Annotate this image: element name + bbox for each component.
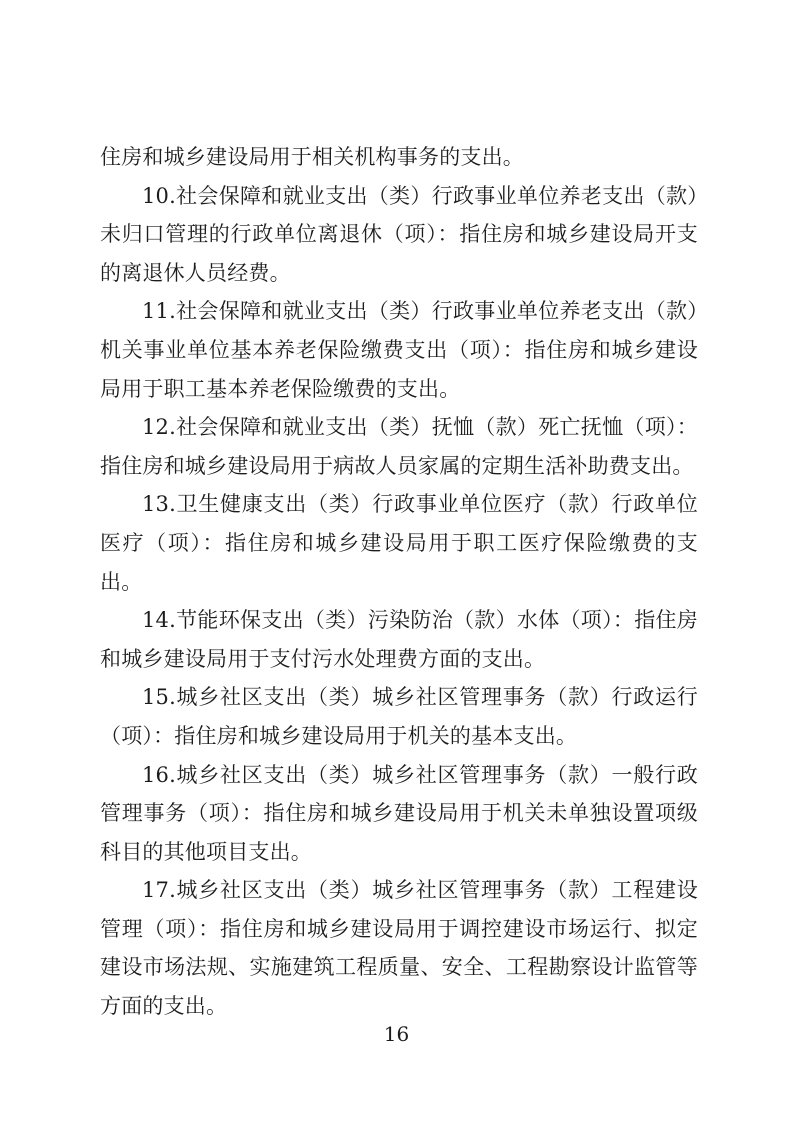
paragraph: 15.城乡社区支出（类）城乡社区管理事务（款）行政运行（项）：指住房和城乡建设局… <box>100 678 698 755</box>
paragraph: 12.社会保障和就业支出（类）抚恤（款）死亡抚恤（项）：指住房和城乡建设局用于病… <box>100 408 698 485</box>
page-number: 16 <box>384 1022 409 1046</box>
page-footer: 16 <box>0 1022 793 1046</box>
paragraph: 16.城乡社区支出（类）城乡社区管理事务（款）一般行政管理事务（项）：指住房和城… <box>100 756 698 872</box>
document-body: 住房和城乡建设局用于相关机构事务的支出。10.社会保障和就业支出（类）行政事业单… <box>100 138 698 1026</box>
paragraph: 住房和城乡建设局用于相关机构事务的支出。 <box>100 138 698 177</box>
paragraph: 10.社会保障和就业支出（类）行政事业单位养老支出（款）未归口管理的行政单位离退… <box>100 177 698 293</box>
paragraph: 17.城乡社区支出（类）城乡社区管理事务（款）工程建设管理（项）：指住房和城乡建… <box>100 871 698 1025</box>
paragraph: 13.卫生健康支出（类）行政事业单位医疗（款）行政单位医疗（项）：指住房和城乡建… <box>100 485 698 601</box>
paragraph: 14.节能环保支出（类）污染防治（款）水体（项）：指住房和城乡建设局用于支付污水… <box>100 601 698 678</box>
paragraph: 11.社会保障和就业支出（类）行政事业单位养老支出（款）机关事业单位基本养老保险… <box>100 292 698 408</box>
document-page: 住房和城乡建设局用于相关机构事务的支出。10.社会保障和就业支出（类）行政事业单… <box>0 0 793 1122</box>
